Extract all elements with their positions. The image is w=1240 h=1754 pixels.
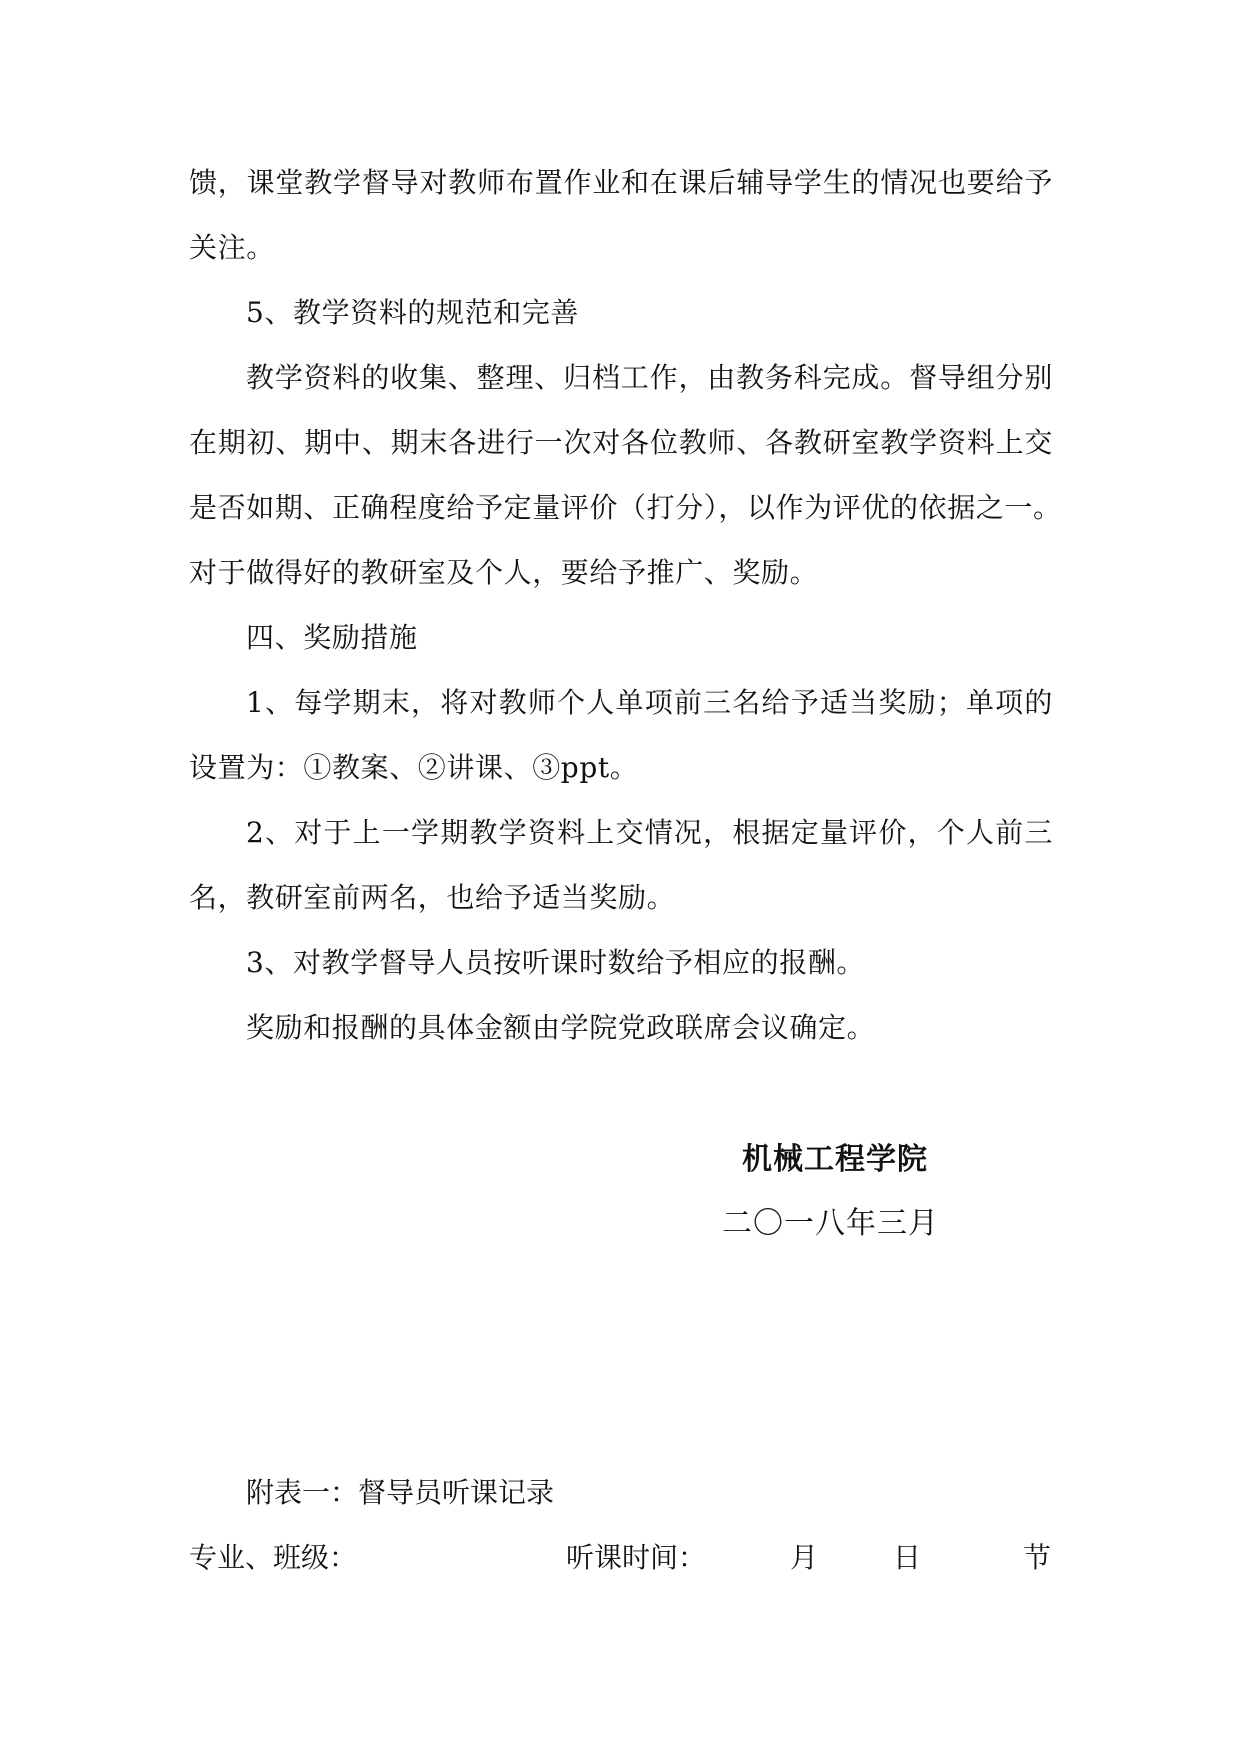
body-line: 奖励和报酬的具体金额由学院党政联席会议确定。 xyxy=(246,1010,1110,1046)
body-line: 设置为：①教案、②讲课、③ppt。 xyxy=(189,750,1053,786)
section-heading: 四、奖励措施 xyxy=(246,620,1110,656)
body-line: 1、每学期末，将对教师个人单项前三名给予适当奖励；单项的 xyxy=(246,685,1053,721)
body-line: 关注。 xyxy=(189,230,1053,266)
body-line: 教学资料的收集、整理、归档工作，由教务科完成。督导组分别 xyxy=(246,360,1053,396)
month-label: 月 xyxy=(790,1540,818,1576)
body-line: 对于做得好的教研室及个人，要给予推广、奖励。 xyxy=(189,555,1053,591)
body-line: 3、对教学督导人员按听课时数给予相应的报酬。 xyxy=(246,945,1110,981)
body-line: 是否如期、正确程度给予定量评价（打分），以作为评优的依据之一。 xyxy=(189,490,1053,526)
major-class-label: 专业、班级： xyxy=(189,1540,357,1576)
appendix-title: 附表一：督导员听课记录 xyxy=(246,1475,554,1511)
body-line: 在期初、期中、期末各进行一次对各位教师、各教研室教学资料上交 xyxy=(189,425,1053,461)
body-line: 2、对于上一学期教学资料上交情况，根据定量评价，个人前三 xyxy=(246,815,1053,851)
major-class-field[interactable] xyxy=(403,1540,563,1576)
body-line: 馈，课堂教学督导对教师布置作业和在课后辅导学生的情况也要给予 xyxy=(189,165,1053,201)
signature-organization: 机械工程学院 xyxy=(742,1142,928,1178)
lecture-time-label: 听课时间： xyxy=(566,1540,706,1576)
day-label: 日 xyxy=(893,1540,921,1576)
body-line: 名，教研室前两名，也给予适当奖励。 xyxy=(189,880,1053,916)
signature-date: 二〇一八年三月 xyxy=(722,1206,939,1242)
document-page: 馈，课堂教学督导对教师布置作业和在课后辅导学生的情况也要给予 关注。 5、教学资… xyxy=(0,0,1240,1754)
period-label: 节 xyxy=(1023,1540,1051,1576)
section-heading: 5、教学资料的规范和完善 xyxy=(246,295,1110,331)
